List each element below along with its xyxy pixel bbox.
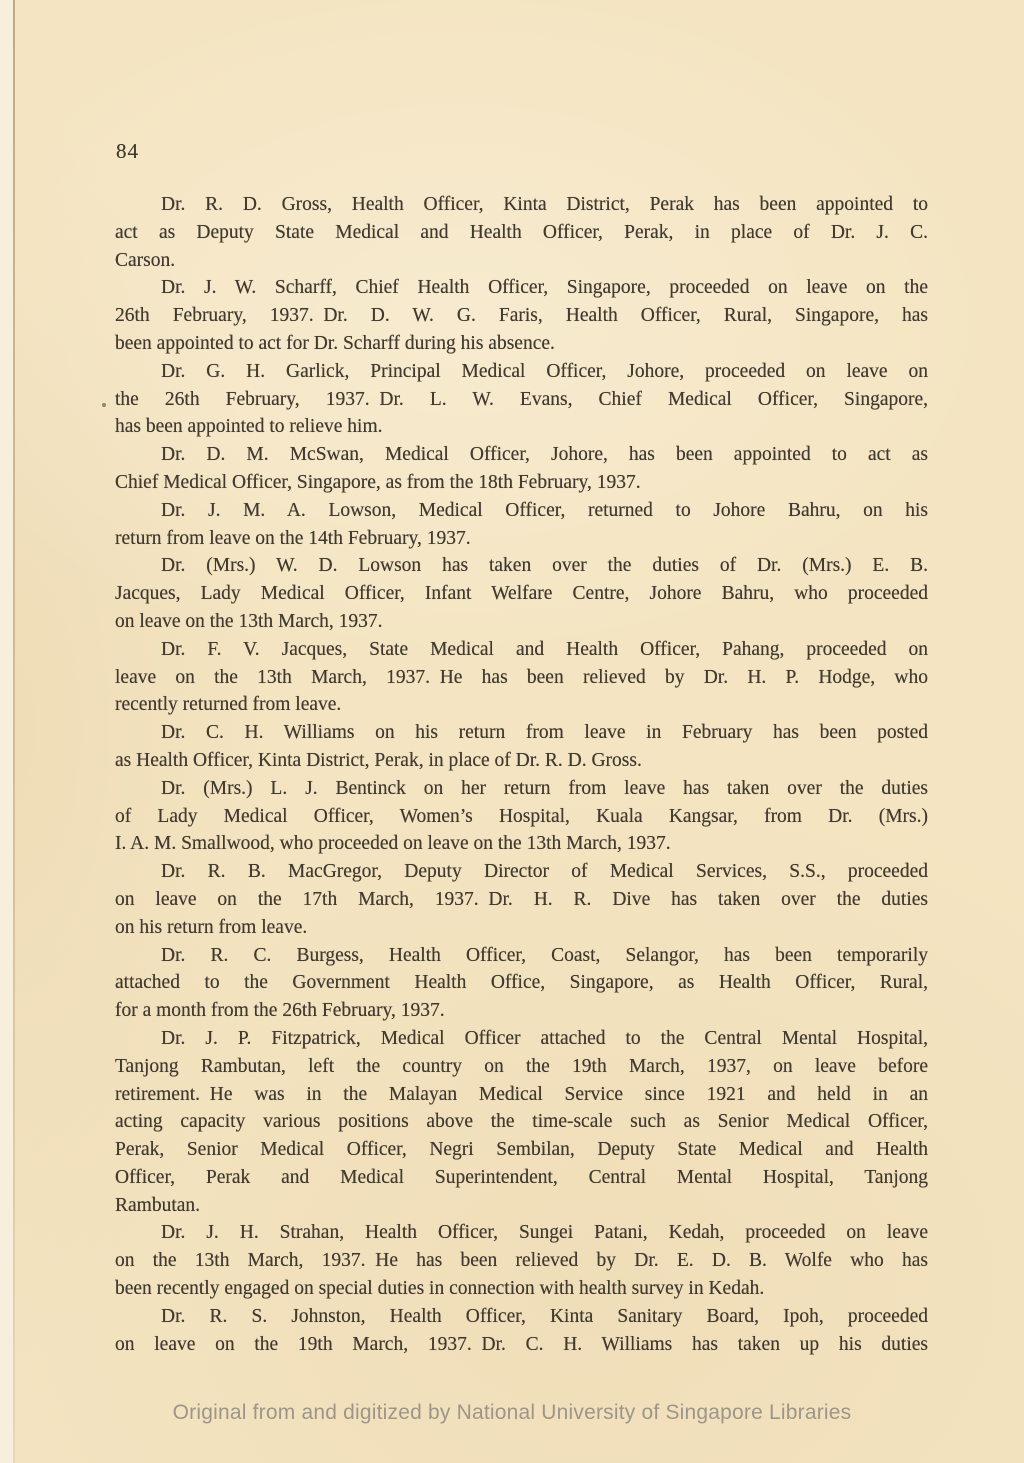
scanned-page: 84 Dr. R. D. Gross, Health Officer, Kint… bbox=[0, 0, 1024, 1463]
text-line: Dr. F. V. Jacques, State Medical and Hea… bbox=[115, 636, 928, 664]
page-edge-strip bbox=[0, 0, 13, 1463]
text-line: on leave on the 17th March, 1937. Dr. H.… bbox=[115, 886, 928, 914]
text-line: 26th February, 1937. Dr. D. W. G. Faris,… bbox=[115, 302, 928, 330]
text-line: Dr. R. D. Gross, Health Officer, Kinta D… bbox=[115, 191, 928, 219]
text-line: Jacques, Lady Medical Officer, Infant We… bbox=[115, 580, 928, 608]
digitization-watermark: Original from and digitized by National … bbox=[0, 1401, 1024, 1425]
text-line: Dr. (Mrs.) W. D. Lowson has taken over t… bbox=[115, 552, 928, 580]
body-text: Dr. R. D. Gross, Health Officer, Kinta D… bbox=[115, 191, 928, 1358]
text-line: Dr. J. W. Scharff, Chief Health Officer,… bbox=[115, 274, 928, 302]
text-line: Dr. R. B. MacGregor, Deputy Director of … bbox=[115, 858, 928, 886]
text-line: Carson. bbox=[115, 247, 928, 275]
text-line: retirement. He was in the Malayan Medica… bbox=[115, 1081, 928, 1109]
text-line: the 26th February, 1937. Dr. L. W. Evans… bbox=[115, 386, 928, 414]
text-line: Dr. J. P. Fitzpatrick, Medical Officer a… bbox=[115, 1025, 928, 1053]
text-line: Dr. D. M. McSwan, Medical Officer, Johor… bbox=[115, 441, 928, 469]
text-line: Dr. (Mrs.) L. J. Bentinck on her return … bbox=[115, 775, 928, 803]
text-line: Tanjong Rambutan, left the country on th… bbox=[115, 1053, 928, 1081]
scan-artifact-dot bbox=[102, 403, 106, 407]
text-line: recently returned from leave. bbox=[115, 691, 928, 719]
text-line: Rambutan. bbox=[115, 1192, 928, 1220]
text-line: acting capacity various positions above … bbox=[115, 1108, 928, 1136]
text-line: Dr. G. H. Garlick, Principal Medical Off… bbox=[115, 358, 928, 386]
text-line: on his return from leave. bbox=[115, 914, 928, 942]
text-line: been appointed to act for Dr. Scharff du… bbox=[115, 330, 928, 358]
text-line: leave on the 13th March, 1937. He has be… bbox=[115, 664, 928, 692]
text-line: return from leave on the 14th February, … bbox=[115, 525, 928, 553]
text-line: has been appointed to relieve him. bbox=[115, 413, 928, 441]
text-line: attached to the Government Health Office… bbox=[115, 969, 928, 997]
text-line: Dr. J. M. A. Lowson, Medical Officer, re… bbox=[115, 497, 928, 525]
text-line: as Health Officer, Kinta District, Perak… bbox=[115, 747, 928, 775]
text-line: Dr. C. H. Williams on his return from le… bbox=[115, 719, 928, 747]
text-line: act as Deputy State Medical and Health O… bbox=[115, 219, 928, 247]
page-number: 84 bbox=[116, 139, 139, 164]
text-line: Perak, Senior Medical Officer, Negri Sem… bbox=[115, 1136, 928, 1164]
text-line: Dr. R. C. Burgess, Health Officer, Coast… bbox=[115, 942, 928, 970]
text-line: of Lady Medical Officer, Women’s Hospita… bbox=[115, 803, 928, 831]
page-fold-line bbox=[13, 0, 15, 1463]
text-line: Chief Medical Officer, Singapore, as fro… bbox=[115, 469, 928, 497]
text-line: Dr. R. S. Johnston, Health Officer, Kint… bbox=[115, 1303, 928, 1331]
text-line: on leave on the 13th March, 1937. bbox=[115, 608, 928, 636]
text-line: for a month from the 26th February, 1937… bbox=[115, 997, 928, 1025]
text-line: I. A. M. Smallwood, who proceeded on lea… bbox=[115, 830, 928, 858]
text-line: Officer, Perak and Medical Superintenden… bbox=[115, 1164, 928, 1192]
text-line: Dr. J. H. Strahan, Health Officer, Sunge… bbox=[115, 1219, 928, 1247]
text-line: on the 13th March, 1937. He has been rel… bbox=[115, 1247, 928, 1275]
text-line: been recently engaged on special duties … bbox=[115, 1275, 928, 1303]
text-line: on leave on the 19th March, 1937. Dr. C.… bbox=[115, 1331, 928, 1359]
